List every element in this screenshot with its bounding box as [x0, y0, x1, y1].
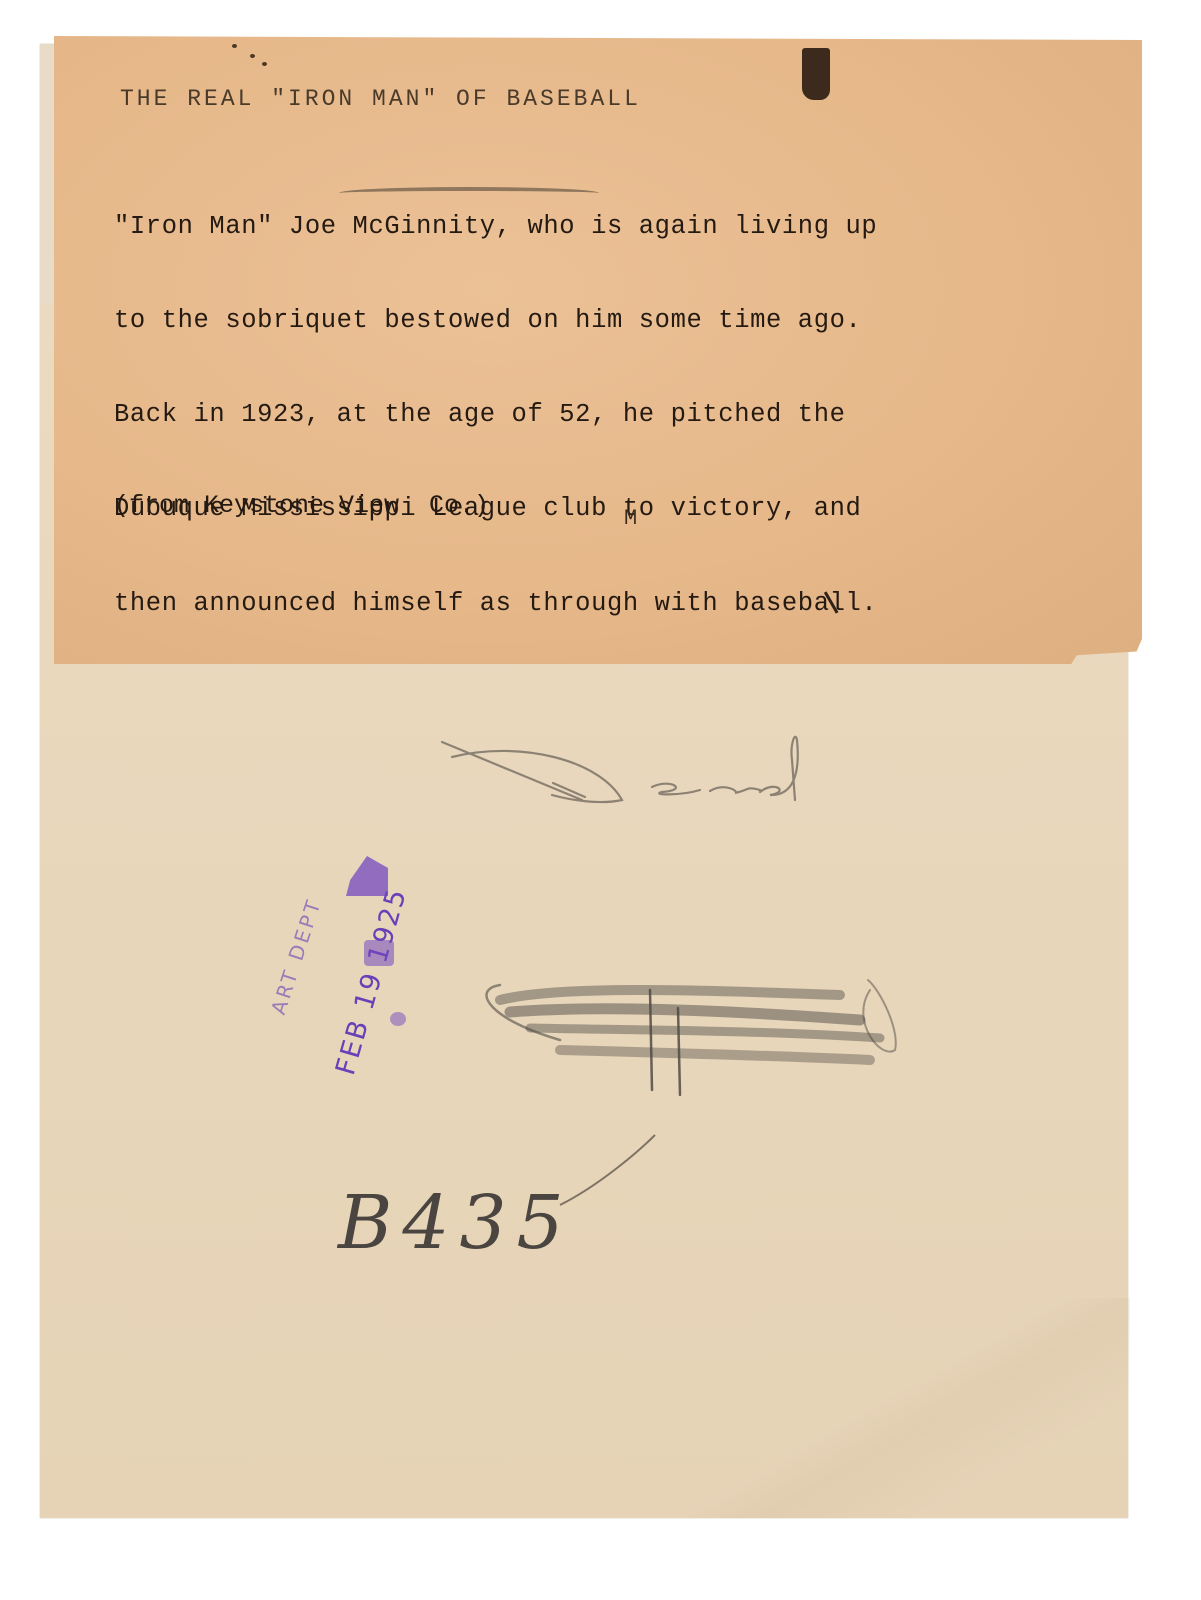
- handwritten-number: B435: [338, 1180, 574, 1266]
- pencil-flourish: [560, 1135, 655, 1205]
- scribbled-out-text: [487, 980, 896, 1095]
- pencil-markings: [0, 0, 1201, 1600]
- signature-dead: [442, 737, 798, 802]
